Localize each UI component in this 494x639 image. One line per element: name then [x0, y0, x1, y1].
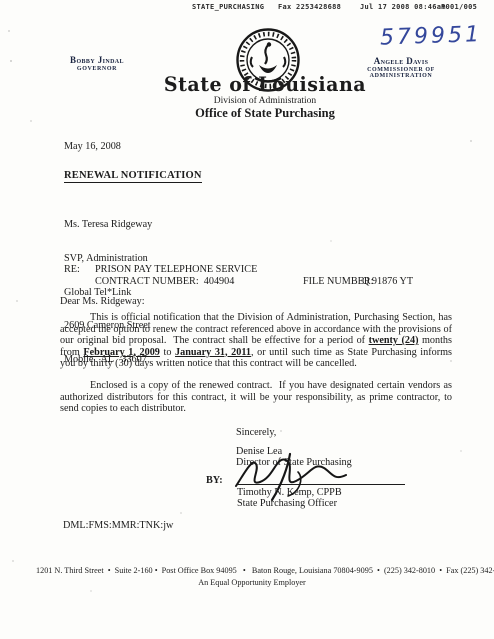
governor-title: GOVERNOR — [52, 66, 142, 72]
recipient-title: SVP, Administration — [64, 253, 152, 264]
re-subject: PRISON PAY TELEPHONE SERVICE — [95, 264, 257, 275]
governor-name: Bobby Jindal — [52, 55, 142, 65]
by-signer-name: Timothy N. Kemp, CPPB — [237, 487, 342, 498]
body-paragraph-1: This is official notification that the D… — [60, 312, 452, 370]
letterhead-state-name: State of Louisiana — [95, 74, 435, 97]
re-contract-number: CONTRACT NUMBER: 404904 — [95, 276, 234, 287]
closing: Sincerely, — [236, 427, 276, 438]
body-paragraph-2: Enclosed is a copy of the renewed contra… — [60, 380, 452, 415]
re-label: RE: — [64, 264, 80, 275]
handwritten-file-number: 579951 — [380, 22, 471, 50]
scan-noise-specks — [30, 120, 32, 122]
letterhead-division: Division of Administration — [95, 96, 435, 106]
fax-sender-id: STATE_PURCHASING — [192, 3, 264, 11]
letter-date: May 16, 2008 — [64, 141, 121, 152]
commissioner-name: Angele Davis — [345, 56, 457, 66]
salutation: Dear Ms. Ridgeway: — [60, 296, 145, 307]
letterhead-office: Office of State Purchasing — [95, 106, 435, 121]
by-signer-title: State Purchasing Officer — [237, 498, 337, 509]
footer-eoe-line: An Equal Opportunity Employer — [0, 578, 494, 587]
recipient-name: Ms. Teresa Ridgeway — [64, 219, 152, 230]
scanned-letter-page: STATE_PURCHASING Fax 2253428688 Jul 17 2… — [0, 0, 494, 639]
file-number-value: Q 91876 YT — [362, 276, 413, 287]
by-label: BY: — [206, 475, 223, 486]
subject-heading: RENEWAL NOTIFICATION — [64, 170, 202, 183]
reference-initials: DML:FMS:MMR:TNK:jw — [63, 520, 173, 531]
governor-block: Bobby Jindal GOVERNOR — [52, 55, 142, 72]
fax-number: Fax 2253428688 — [278, 3, 341, 11]
fax-page-counter: P001/005 — [441, 3, 477, 11]
fax-datetime: Jul 17 2008 08:46am — [360, 3, 446, 11]
footer-address-line: 1201 N. Third Street • Suite 2-160 • Pos… — [36, 566, 494, 575]
